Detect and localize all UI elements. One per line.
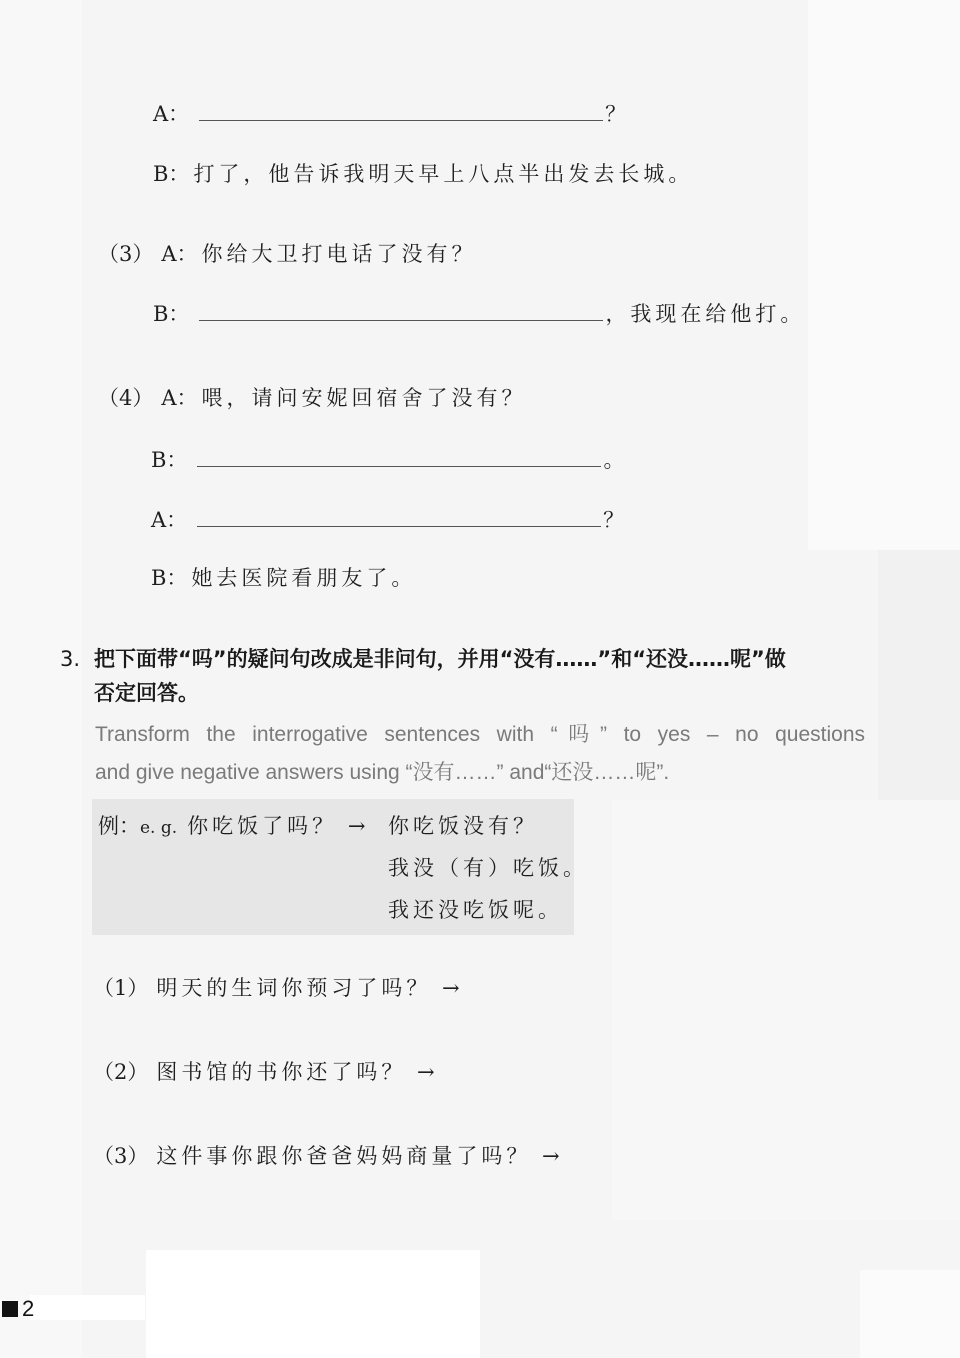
- speaker-label: A：: [161, 240, 197, 268]
- dialogue-line-a: A：？: [153, 100, 630, 128]
- answer-blank[interactable]: [199, 105, 603, 121]
- item-question: 图书馆的书你还了吗？ →: [156, 1060, 438, 1084]
- dialogue-text: 喂，请问安妮回宿舍了没有？: [202, 386, 527, 410]
- example-label: 例：: [98, 814, 140, 838]
- exercise-title-line2: 否定回答。: [60, 676, 870, 710]
- end-punctuation: 。: [603, 448, 628, 472]
- item-question: 这件事你跟你爸爸妈妈商量了吗？ →: [156, 1144, 563, 1168]
- speaker-label: B：: [151, 564, 187, 592]
- example-answer-line: 你吃饭没有？: [388, 812, 538, 840]
- scan-background-patch: [146, 1250, 480, 1358]
- example-eg: e. g.: [140, 818, 177, 838]
- instruction-line1: Transform the interrogative sentences wi…: [95, 716, 865, 754]
- item-number: （3）: [98, 242, 153, 266]
- answer-blank[interactable]: [199, 305, 603, 321]
- example-answer-line: 我没（有）吃饭。: [388, 854, 588, 882]
- instruction-line2: and give negative answers using “没有……” a…: [95, 754, 865, 792]
- exercise-item: （3）这件事你跟你爸爸妈妈商量了吗？ →: [93, 1142, 564, 1170]
- dialogue-text: ，我现在给他打。: [605, 302, 805, 326]
- speaker-label: A：: [151, 506, 187, 534]
- page-marker-square-icon: [2, 1301, 18, 1317]
- workbook-page: A：？ B：打了，他告诉我明天早上八点半出发去长城。 （3）A：你给大卫打电话了…: [0, 0, 960, 1358]
- dialogue-line-b: B：。: [151, 446, 628, 474]
- exercise-item: （2）图书馆的书你还了吗？ →: [93, 1058, 439, 1086]
- dialogue-line-a: A：？: [151, 506, 628, 534]
- end-punctuation: ？: [605, 102, 630, 126]
- dialogue-text: 你给大卫打电话了没有？: [202, 242, 477, 266]
- dialogue-line-b: B：她去医院看朋友了。: [151, 564, 416, 592]
- exercise-title-line1: 把下面带“吗”的疑问句改成是非问句，并用“没有……”和“还没……呢”做: [94, 647, 786, 671]
- speaker-label: B：: [153, 160, 189, 188]
- item-number: （2）: [93, 1060, 148, 1084]
- dialogue-line-b: B：打了，他告诉我明天早上八点半出发去长城。: [153, 160, 693, 188]
- item-number: （4）: [98, 386, 153, 410]
- example-question-line: 例：e. g.你吃饭了吗？ →: [98, 812, 369, 842]
- item-question: 明天的生词你预习了吗？ →: [156, 976, 463, 1000]
- speaker-label: A：: [153, 100, 189, 128]
- item-number: （1）: [93, 976, 148, 1000]
- speaker-label: B：: [151, 446, 187, 474]
- exercise-heading: 3.把下面带“吗”的疑问句改成是非问句，并用“没有……”和“还没……呢”做 否定…: [60, 642, 870, 710]
- item-number: （3）: [93, 1144, 148, 1168]
- scan-background-patch: [860, 1270, 960, 1358]
- exercise-number: 3.: [60, 642, 94, 676]
- answer-blank[interactable]: [197, 451, 601, 467]
- example-answer3: 我还没吃饭呢。: [388, 898, 563, 922]
- dialogue-line-a: （4）A：喂，请问安妮回宿舍了没有？: [98, 384, 527, 412]
- speaker-label: A：: [161, 384, 197, 412]
- exercise-instruction-english: Transform the interrogative sentences wi…: [95, 716, 865, 792]
- scan-background-patch: [878, 550, 960, 800]
- dialogue-line-b: B：，我现在给他打。: [153, 300, 805, 328]
- dialogue-line-a: （3）A：你给大卫打电话了没有？: [98, 240, 477, 268]
- end-punctuation: ？: [603, 508, 628, 532]
- dialogue-text: 她去医院看朋友了。: [191, 566, 416, 590]
- scan-background-patch: [808, 0, 960, 550]
- example-answer-line: 我还没吃饭呢。: [388, 896, 563, 924]
- dialogue-text: 打了，他告诉我明天早上八点半出发去长城。: [193, 162, 693, 186]
- speaker-label: B：: [153, 300, 189, 328]
- answer-blank[interactable]: [197, 511, 601, 527]
- exercise-item: （1）明天的生词你预习了吗？ →: [93, 974, 464, 1002]
- page-number: 2: [22, 1296, 34, 1322]
- example-answer2: 我没（有）吃饭。: [388, 856, 588, 880]
- scan-background-patch: [612, 800, 960, 1220]
- example-question: 你吃饭了吗？ →: [187, 814, 369, 838]
- scan-background-patch: [30, 1295, 145, 1320]
- example-answer1: 你吃饭没有？: [388, 814, 538, 838]
